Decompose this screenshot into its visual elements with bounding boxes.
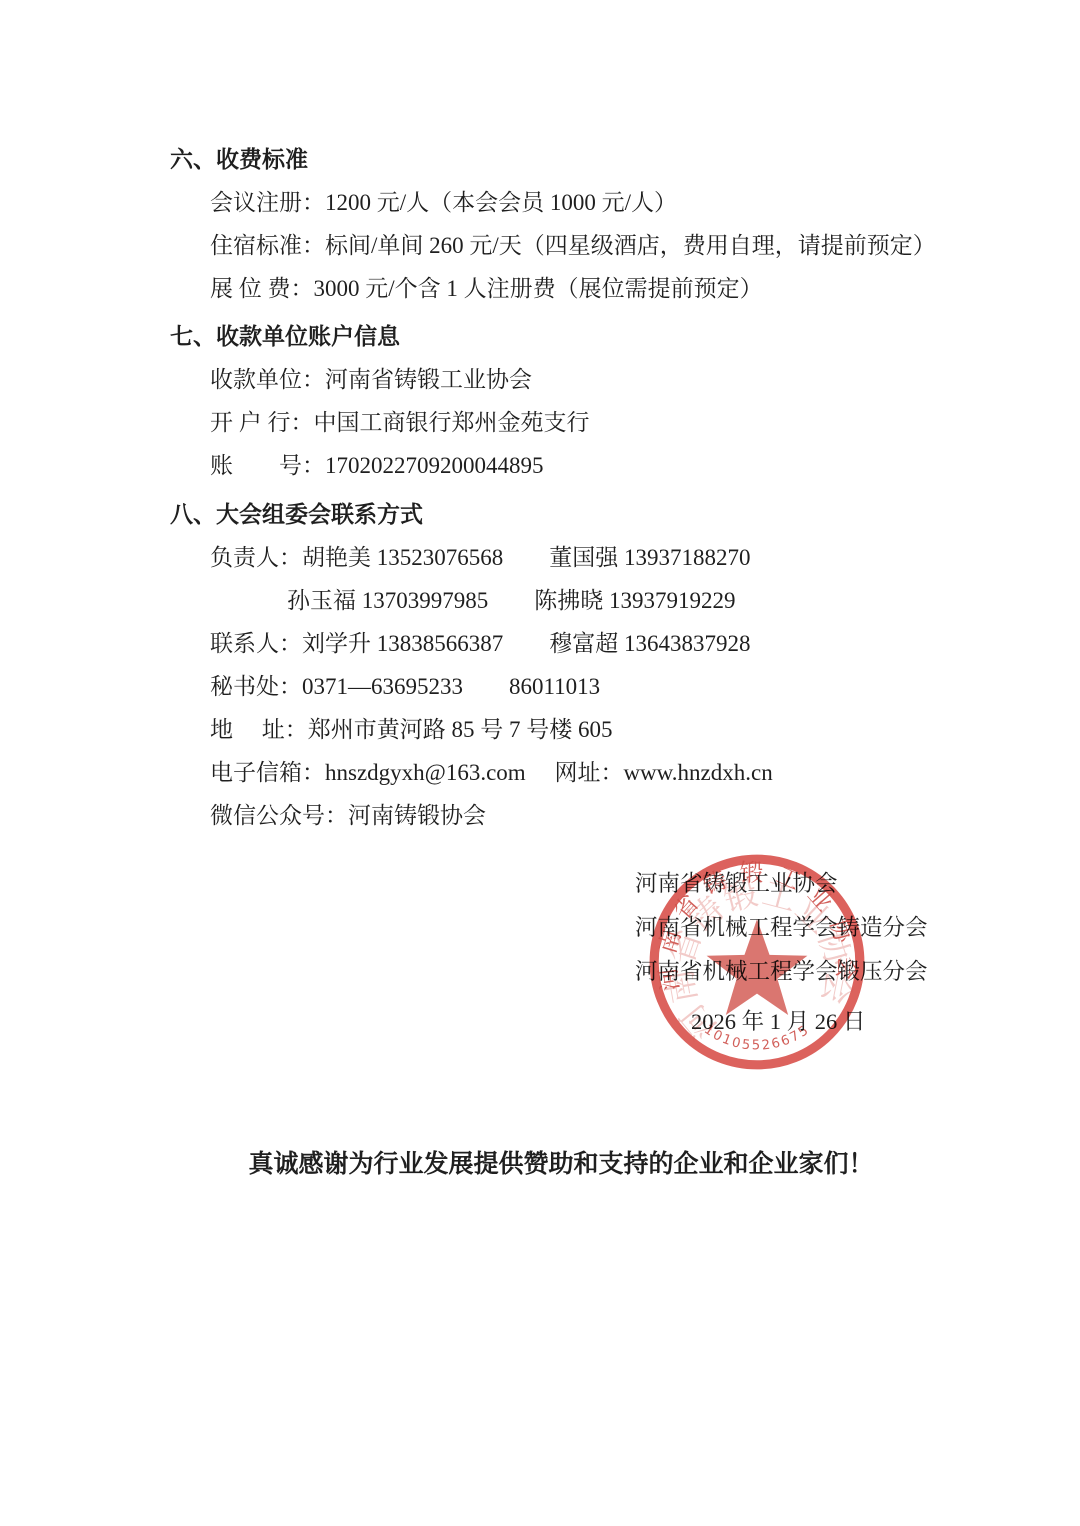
bank-line-payee: 收款单位：河南省铸锻工业协会 <box>0 358 1080 401</box>
contact-line-leaders-2: 孙玉福 13703997985 陈拂晓 13937919229 <box>0 579 1080 622</box>
contact-line-leaders-1: 负责人：胡艳美 13523076568 董国强 13937188270 <box>0 536 1080 579</box>
section-bank-account: 七、收款单位账户信息 收款单位：河南省铸锻工业协会 开 户 行：中国工商银行郑州… <box>0 315 1080 487</box>
signature-block: 河南省铸锻工业协会 河南省机械工程学会铸造分会 河南省机械工程学会锻压分会 20… <box>635 862 928 1044</box>
signature-date: 2026 年 1 月 26 日 <box>635 1000 928 1044</box>
fee-line-registration: 会议注册：1200 元/人（本会会员 1000 元/人） <box>0 181 1080 224</box>
document-page: 六、收费标准 会议注册：1200 元/人（本会会员 1000 元/人） 住宿标准… <box>0 0 1080 1526</box>
section-bank-heading: 七、收款单位账户信息 <box>0 315 1080 358</box>
contact-line-wechat: 微信公众号：河南铸锻协会 <box>0 794 1080 837</box>
signature-org-1: 河南省铸锻工业协会 <box>635 862 928 906</box>
signature-org-3: 河南省机械工程学会锻压分会 <box>635 950 928 994</box>
section-contacts-heading: 八、大会组委会联系方式 <box>0 493 1080 536</box>
section-fees-heading: 六、收费标准 <box>0 138 1080 181</box>
contact-line-email-website: 电子信箱：hnszdgyxh@163.com 网址：www.hnzdxh.cn <box>0 751 1080 794</box>
fee-line-hotel: 住宿标准：标间/单间 260 元/天（四星级酒店，费用自理，请提前预定） <box>0 224 1080 267</box>
fee-line-booth: 展 位 费：3000 元/个含 1 人注册费（展位需提前预定） <box>0 267 1080 310</box>
contact-line-secretariat: 秘书处：0371—63695233 86011013 <box>0 665 1080 708</box>
signature-org-2: 河南省机械工程学会铸造分会 <box>635 906 928 950</box>
section-contacts: 八、大会组委会联系方式 负责人：胡艳美 13523076568 董国强 1393… <box>0 493 1080 837</box>
contact-line-liaisons: 联系人：刘学升 13838566387 穆富超 13643837928 <box>0 622 1080 665</box>
bank-line-bank: 开 户 行：中国工商银行郑州金苑支行 <box>0 401 1080 444</box>
contact-line-address: 地 址：郑州市黄河路 85 号 7 号楼 605 <box>0 708 1080 751</box>
footer-thanks-line: 真诚感谢为行业发展提供赞助和支持的企业和企业家们！ <box>0 1140 1080 1190</box>
bank-line-account-number: 账 号：1702022709200044895 <box>0 444 1080 487</box>
section-fees: 六、收费标准 会议注册：1200 元/人（本会会员 1000 元/人） 住宿标准… <box>0 138 1080 310</box>
